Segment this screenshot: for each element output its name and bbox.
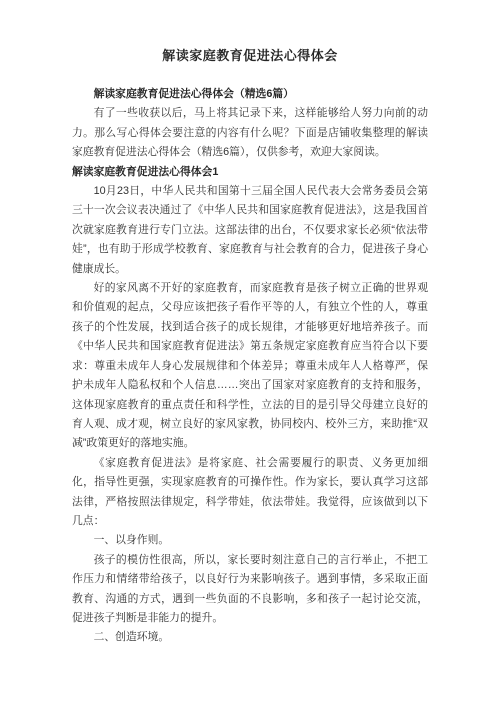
document-body: 解读家庭教育促进法心得体会（精选6篇）有了一些收获以后，马上将其记录下来，这样能… (72, 85, 428, 648)
paragraph: 二、创造环境。 (72, 628, 428, 647)
paragraph: 一、以身作则。 (72, 531, 428, 550)
paragraph: 解读家庭教育促进法心得体会（精选6篇） (72, 85, 428, 104)
section-heading: 解读家庭教育促进法心得体会1 (72, 163, 428, 182)
paragraph: 好的家风离不开好的家庭教育，而家庭教育是孩子树立正确的世界观和价值观的起点，父母… (72, 279, 428, 454)
paragraph: 《家庭教育促进法》是将家庭、社会需要履行的职责、义务更加细化，指导性更强，实现家… (72, 454, 428, 532)
paragraph: 孩子的模仿性很高，所以，家长要时刻注意自己的言行举止，不把工作压力和情绪带给孩子… (72, 551, 428, 629)
paragraph: 有了一些收获以后，马上将其记录下来，这样能够给人努力向前的动力。那么写心得体会要… (72, 104, 428, 162)
paragraph: 10月23日，中华人民共和国第十三届全国人民代表大会常务委员会第三十一次会议表决… (72, 182, 428, 279)
document-content: 解读家庭教育促进法心得体会 解读家庭教育促进法心得体会（精选6篇）有了一些收获以… (0, 0, 500, 648)
document-page: 解读家庭教育促进法心得体会 解读家庭教育促进法心得体会（精选6篇）有了一些收获以… (0, 0, 500, 707)
document-title: 解读家庭教育促进法心得体会 (72, 46, 428, 66)
